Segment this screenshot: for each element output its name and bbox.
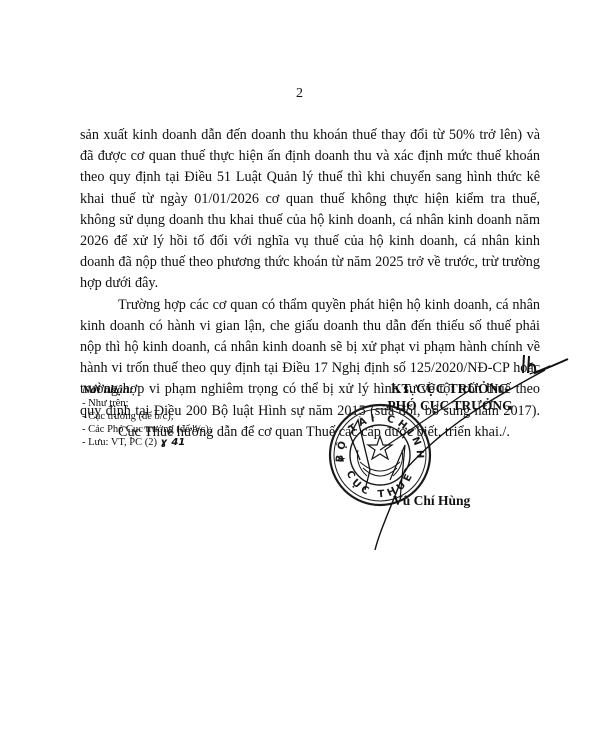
recipient-item: - Cục trưởng (để b/c); bbox=[82, 410, 212, 423]
signature-title-2: PHÓ CỤC TRƯỞNG bbox=[360, 397, 540, 414]
recipient-item: - Như trên; bbox=[82, 397, 212, 410]
signer-name: Vũ Chí Hùng bbox=[393, 493, 470, 509]
text-line: 2026 để xử lý hồi tố đối với nghĩa vụ th… bbox=[80, 231, 540, 252]
handwritten-note: 41 bbox=[171, 437, 185, 448]
text-line: đã được cơ quan thuế thực hiện ấn định d… bbox=[80, 146, 540, 167]
initial-mark-icon bbox=[520, 353, 570, 377]
recipient-item: - Lưu: VT, PC (2) ɣ 41 bbox=[82, 436, 212, 449]
handwritten-initials: ɣ bbox=[157, 437, 171, 448]
recipients-block: Nơi nhận: - Như trên; - Cục trưởng (để b… bbox=[82, 383, 212, 449]
text-line: không sử dụng doanh thu khai thuế của hộ… bbox=[80, 210, 540, 231]
text-line: sản xuất kinh doanh dẫn đến doanh thu kh… bbox=[80, 125, 540, 146]
recipient-item-text: - Lưu: VT, PC (2) bbox=[82, 437, 157, 448]
text-line: theo quy định tại Điều 51 Luật Quản lý t… bbox=[80, 167, 540, 188]
paragraph-1: sản xuất kinh doanh dẫn đến doanh thu kh… bbox=[80, 125, 540, 295]
page-number: 2 bbox=[0, 86, 599, 102]
signature-title-1: KT. CỤC TRƯỞNG bbox=[360, 380, 540, 397]
text-line: nộp thì hộ kinh doanh, cá nhân kinh doan… bbox=[80, 337, 540, 358]
text-line: kinh doanh có hành vi gian lận, che giấu… bbox=[80, 316, 540, 337]
text-line: doanh đã nộp thuế theo phương thức khoán… bbox=[80, 252, 540, 273]
text-line: hợp dưới đây. bbox=[80, 273, 540, 294]
recipients-title: Nơi nhận: bbox=[82, 383, 212, 396]
recipient-item: - Các Phó Cục trưởng (để b/c); bbox=[82, 423, 212, 436]
text-line: khai thuế từ ngày 01/01/2026 cơ quan thu… bbox=[80, 189, 540, 210]
signature-block: KT. CỤC TRƯỞNG PHÓ CỤC TRƯỞNG bbox=[360, 380, 540, 414]
text-line: Trường hợp các cơ quan có thẩm quyền phá… bbox=[80, 295, 540, 316]
